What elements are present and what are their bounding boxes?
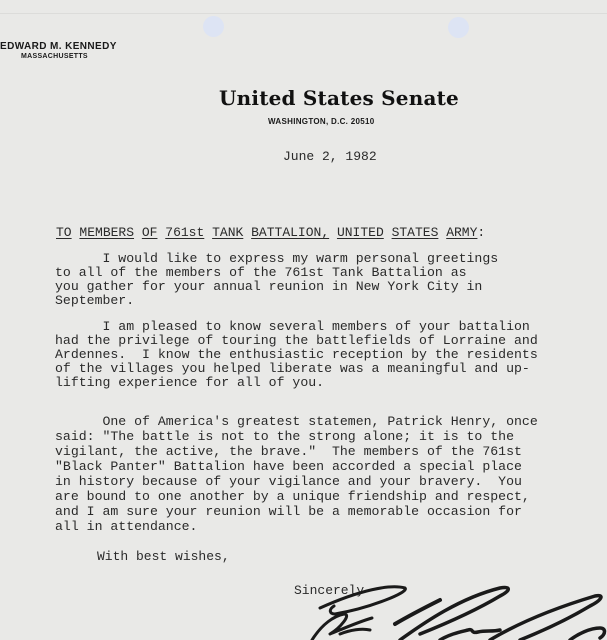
- paper-fold-line: [0, 13, 607, 14]
- sender-state: MASSACHUSETTS: [21, 53, 88, 60]
- body-paragraph-2: I am pleased to know several members of …: [55, 320, 538, 390]
- text-line: I would like to express my warm personal…: [55, 252, 498, 266]
- signature-icon: [300, 578, 607, 640]
- text-line: said: "The battle is not to the strong a…: [55, 429, 538, 444]
- salutation-word: OF: [142, 225, 158, 240]
- salutation-word: ARMY: [446, 225, 477, 240]
- text-line: Ardennes. I know the enthusiastic recept…: [55, 348, 538, 362]
- text-line: to all of the members of the 761st Tank …: [55, 266, 498, 280]
- text-line: vigilant, the active, the brave." The me…: [55, 444, 538, 459]
- text-line: are bound to one another by a unique fri…: [55, 489, 538, 504]
- letter-page: EDWARD M. KENNEDY MASSACHUSETTS United S…: [0, 0, 607, 640]
- salutation-colon: :: [477, 225, 485, 240]
- salutation-word: UNITED: [337, 225, 384, 240]
- text-line: all in attendance.: [55, 519, 538, 534]
- text-line: in history because of your vigilance and…: [55, 474, 538, 489]
- punch-hole-icon: [448, 17, 469, 38]
- text-line: you gather for your annual reunion in Ne…: [55, 280, 498, 294]
- text-line: had the privilege of touring the battlef…: [55, 334, 538, 348]
- text-line: of the villages you helped liberate was …: [55, 362, 538, 376]
- salutation-word: TO: [56, 225, 72, 240]
- salutation-word: 761st: [165, 225, 204, 240]
- salutation-word: TANK: [212, 225, 243, 240]
- text-line: lifting experience for all of you.: [55, 376, 538, 390]
- text-line: September.: [55, 294, 498, 308]
- text-line: and I am sure your reunion will be a mem…: [55, 504, 538, 519]
- letter-date: June 2, 1982: [283, 149, 377, 164]
- letterhead-address: WASHINGTON, D.C. 20510: [268, 117, 374, 126]
- salutation-word: STATES: [392, 225, 439, 240]
- salutation-word: MEMBERS: [79, 225, 134, 240]
- body-paragraph-1: I would like to express my warm personal…: [55, 252, 498, 308]
- sender-name: EDWARD M. KENNEDY: [0, 41, 117, 52]
- salutation-word: BATTALION,: [251, 225, 329, 240]
- letterhead-title: United States Senate: [213, 86, 465, 110]
- salutation: TO MEMBERS OF 761st TANK BATTALION, UNIT…: [56, 225, 485, 240]
- text-line: One of America's greatest statemen, Patr…: [55, 414, 538, 429]
- closing-line: With best wishes,: [97, 549, 230, 564]
- text-line: I am pleased to know several members of …: [55, 320, 538, 334]
- text-line: "Black Panter" Battalion have been accor…: [55, 459, 538, 474]
- punch-hole-icon: [203, 16, 224, 37]
- body-paragraph-3: One of America's greatest statemen, Patr…: [55, 414, 538, 534]
